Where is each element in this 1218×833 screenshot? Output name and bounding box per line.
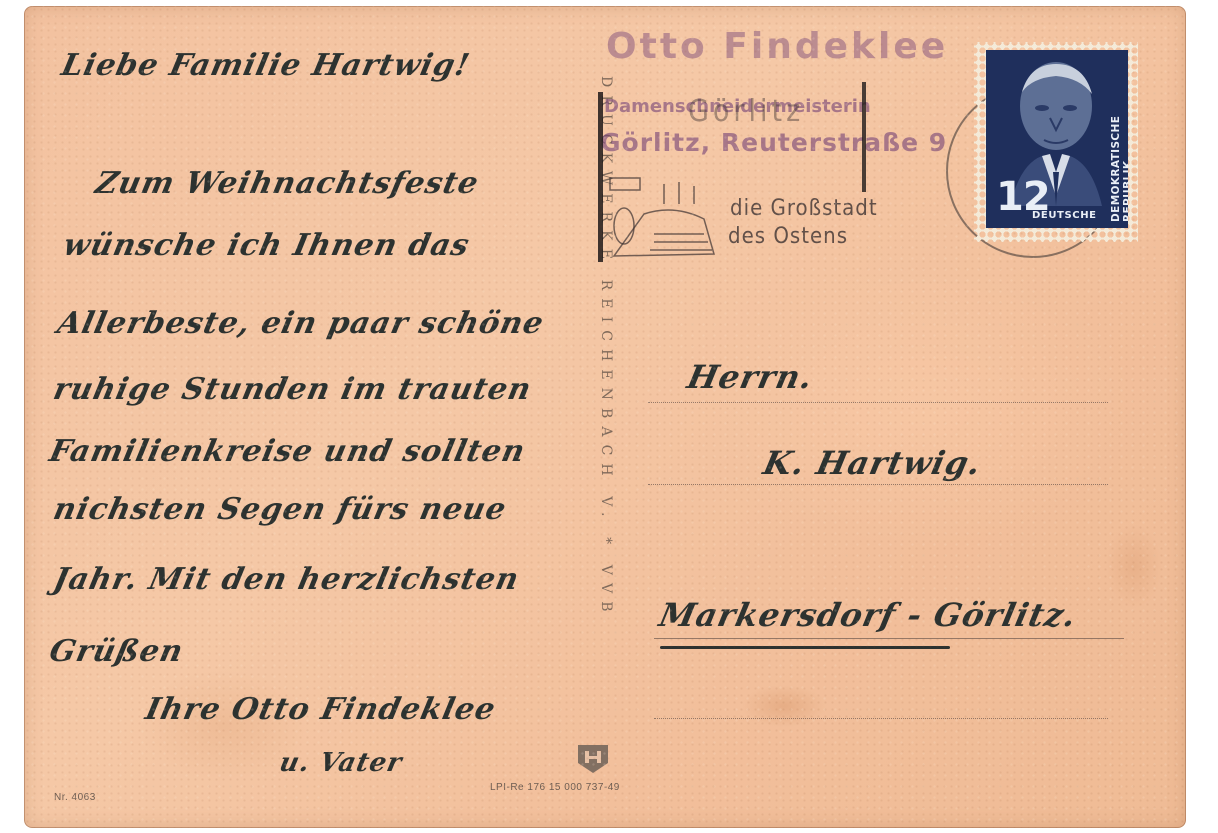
cancel-bar (862, 82, 866, 192)
stamp-country-side: DEMOKRATISCHE REPUBLIK (1110, 54, 1126, 222)
printer-imprint: DRUCKWERKE REICHENBACH V. * VVB (594, 76, 614, 620)
rubber-stamp-name: Otto Findeklee (606, 26, 948, 67)
address-dotted-line (648, 402, 1108, 403)
postage-stamp: 12 DEUTSCHE DEMOKRATISCHE REPUBLIK (986, 50, 1128, 228)
cancel-bar (598, 92, 603, 262)
shield-logo-icon (576, 743, 610, 775)
message-line: nichsten Segen fürs neue (50, 492, 510, 527)
message-line: Zum Weihnachtsfeste (92, 166, 482, 201)
stamp-country-bottom: DEUTSCHE (1032, 210, 1097, 221)
message-line: Grüßen (46, 634, 186, 669)
address-line-1: Herrn. (684, 358, 817, 396)
address-dotted-line (648, 484, 1108, 485)
message-signature: Ihre Otto Findeklee (142, 692, 499, 727)
card-number: Nr. 4063 (54, 792, 96, 803)
address-solid-line (654, 638, 1124, 639)
machine-cancel-city: Görlitz (688, 94, 804, 129)
address-dotted-line (654, 718, 1108, 719)
license-code: LPI-Re 176 15 000 737-49 (490, 782, 620, 793)
message-line: Jahr. Mit den herzlichsten (50, 562, 522, 597)
cancel-emblem-icon (604, 174, 724, 264)
machine-cancel-slogan-1: die Großstadt (730, 196, 878, 221)
message-line: ruhige Stunden im trauten (50, 372, 535, 407)
message-signature-line2: u. Vater (277, 748, 405, 778)
rubber-stamp-address: Görlitz, Reuterstraße 9 (600, 128, 947, 157)
message-line: Familienkreise und sollten (46, 434, 528, 469)
message-line: wünsche ich Ihnen das (60, 228, 473, 263)
message-line: Allerbeste, ein paar schöne (54, 306, 547, 341)
address-line-2: K. Hartwig. (760, 444, 985, 482)
message-salutation: Liebe Familie Hartwig! (58, 48, 473, 83)
machine-cancel-slogan-2: des Ostens (728, 224, 848, 249)
address-line-3: Markersdorf - Görlitz. (656, 596, 1080, 634)
address-underline (660, 646, 950, 649)
